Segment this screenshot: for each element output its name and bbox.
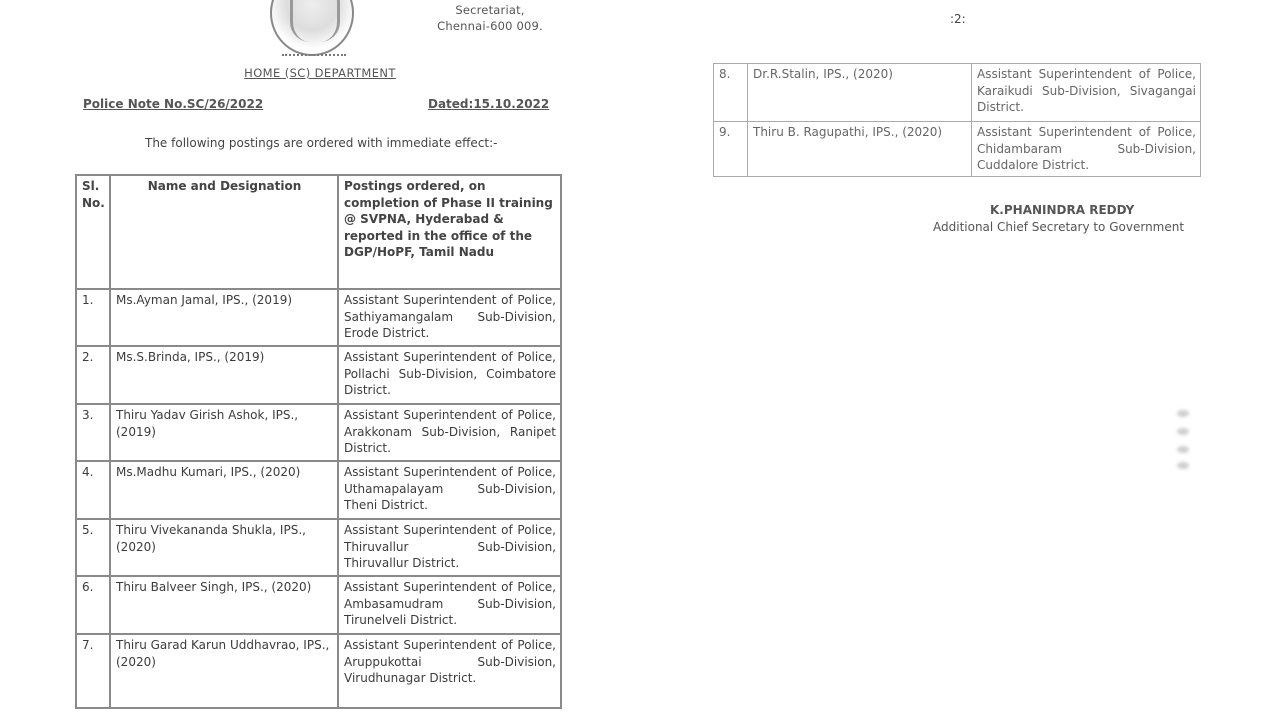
table-row: 3.Thiru Yadav Girish Ashok, IPS., (2019)… xyxy=(76,404,561,461)
scan-smudge xyxy=(1177,462,1189,469)
tamil-nadu-emblem-icon xyxy=(270,0,354,56)
document-page-1: Secretariat, Chennai-600 009. HOME (SC) … xyxy=(0,0,640,722)
address-line-2: Chennai-600 009. xyxy=(420,19,560,33)
cell-sl-no: 7. xyxy=(76,634,110,708)
cell-name: Thiru Yadav Girish Ashok, IPS., (2019) xyxy=(110,404,338,461)
postings-table: Sl. No. Name and Designation Postings or… xyxy=(75,174,562,709)
signatory-name: K.PHANINDRA REDDY xyxy=(990,203,1134,217)
cell-posting: Assistant Superintendent of Police, Thir… xyxy=(338,519,561,576)
table-row: 8.Dr.R.Stalin, IPS., (2020)Assistant Sup… xyxy=(714,64,1201,122)
table-row: 2.Ms.S.Brinda, IPS., (2019)Assistant Sup… xyxy=(76,346,561,404)
table-header-row: Sl. No. Name and Designation Postings or… xyxy=(76,175,561,289)
table-row: 1.Ms.Ayman Jamal, IPS., (2019)Assistant … xyxy=(76,289,561,346)
header-name: Name and Designation xyxy=(110,175,338,289)
cell-posting: Assistant Superintendent of Police, Amba… xyxy=(338,576,561,634)
scan-smudge xyxy=(1177,446,1189,453)
cell-sl-no: 8. xyxy=(714,64,748,122)
page-number: :2: xyxy=(950,12,966,26)
cell-name: Thiru Vivekananda Shukla, IPS., (2020) xyxy=(110,519,338,576)
cell-sl-no: 3. xyxy=(76,404,110,461)
cell-name: Ms.S.Brinda, IPS., (2019) xyxy=(110,346,338,404)
table-row: 4.Ms.Madhu Kumari, IPS., (2020)Assistant… xyxy=(76,461,561,519)
cell-posting: Assistant Superintendent of Police, Arup… xyxy=(338,634,561,708)
cell-sl-no: 4. xyxy=(76,461,110,519)
cell-name: Ms.Ayman Jamal, IPS., (2019) xyxy=(110,289,338,346)
cell-name: Thiru Balveer Singh, IPS., (2020) xyxy=(110,576,338,634)
address-line-1: Secretariat, xyxy=(420,3,560,17)
cell-sl-no: 5. xyxy=(76,519,110,576)
cell-sl-no: 2. xyxy=(76,346,110,404)
scan-smudge xyxy=(1177,410,1189,417)
document-page-2: :2: 8.Dr.R.Stalin, IPS., (2020)Assistant… xyxy=(640,0,1280,722)
signatory-title: Additional Chief Secretary to Government xyxy=(933,220,1184,234)
table-row: 6.Thiru Balveer Singh, IPS., (2020)Assis… xyxy=(76,576,561,634)
cell-posting: Assistant Superintendent of Police, Arak… xyxy=(338,404,561,461)
cell-name: Thiru B. Ragupathi, IPS., (2020) xyxy=(748,122,972,177)
cell-posting: Assistant Superintendent of Police, Poll… xyxy=(338,346,561,404)
intro-text: The following postings are ordered with … xyxy=(145,136,498,150)
cell-posting: Assistant Superintendent of Police, Sath… xyxy=(338,289,561,346)
table-row: 9.Thiru B. Ragupathi, IPS., (2020)Assist… xyxy=(714,122,1201,177)
cell-sl-no: 9. xyxy=(714,122,748,177)
department-heading: HOME (SC) DEPARTMENT xyxy=(0,66,640,80)
cell-posting: Assistant Superintendent of Police, Kara… xyxy=(972,64,1201,122)
police-note-number: Police Note No.SC/26/2022 xyxy=(83,97,263,111)
cell-posting: Assistant Superintendent of Police, Utha… xyxy=(338,461,561,519)
cell-posting: Assistant Superintendent of Police, Chid… xyxy=(972,122,1201,177)
header-sl-no: Sl. No. xyxy=(76,175,110,289)
note-date: Dated:15.10.2022 xyxy=(428,97,549,111)
scan-smudge xyxy=(1177,428,1189,435)
cell-sl-no: 1. xyxy=(76,289,110,346)
cell-name: Ms.Madhu Kumari, IPS., (2020) xyxy=(110,461,338,519)
cell-sl-no: 6. xyxy=(76,576,110,634)
header-posting: Postings ordered, on completion of Phase… xyxy=(338,175,561,289)
table-row: 7.Thiru Garad Karun Uddhavrao, IPS., (20… xyxy=(76,634,561,708)
cell-name: Dr.R.Stalin, IPS., (2020) xyxy=(748,64,972,122)
postings-table-continued: 8.Dr.R.Stalin, IPS., (2020)Assistant Sup… xyxy=(713,63,1201,177)
table-row: 5.Thiru Vivekananda Shukla, IPS., (2020)… xyxy=(76,519,561,576)
cell-name: Thiru Garad Karun Uddhavrao, IPS., (2020… xyxy=(110,634,338,708)
